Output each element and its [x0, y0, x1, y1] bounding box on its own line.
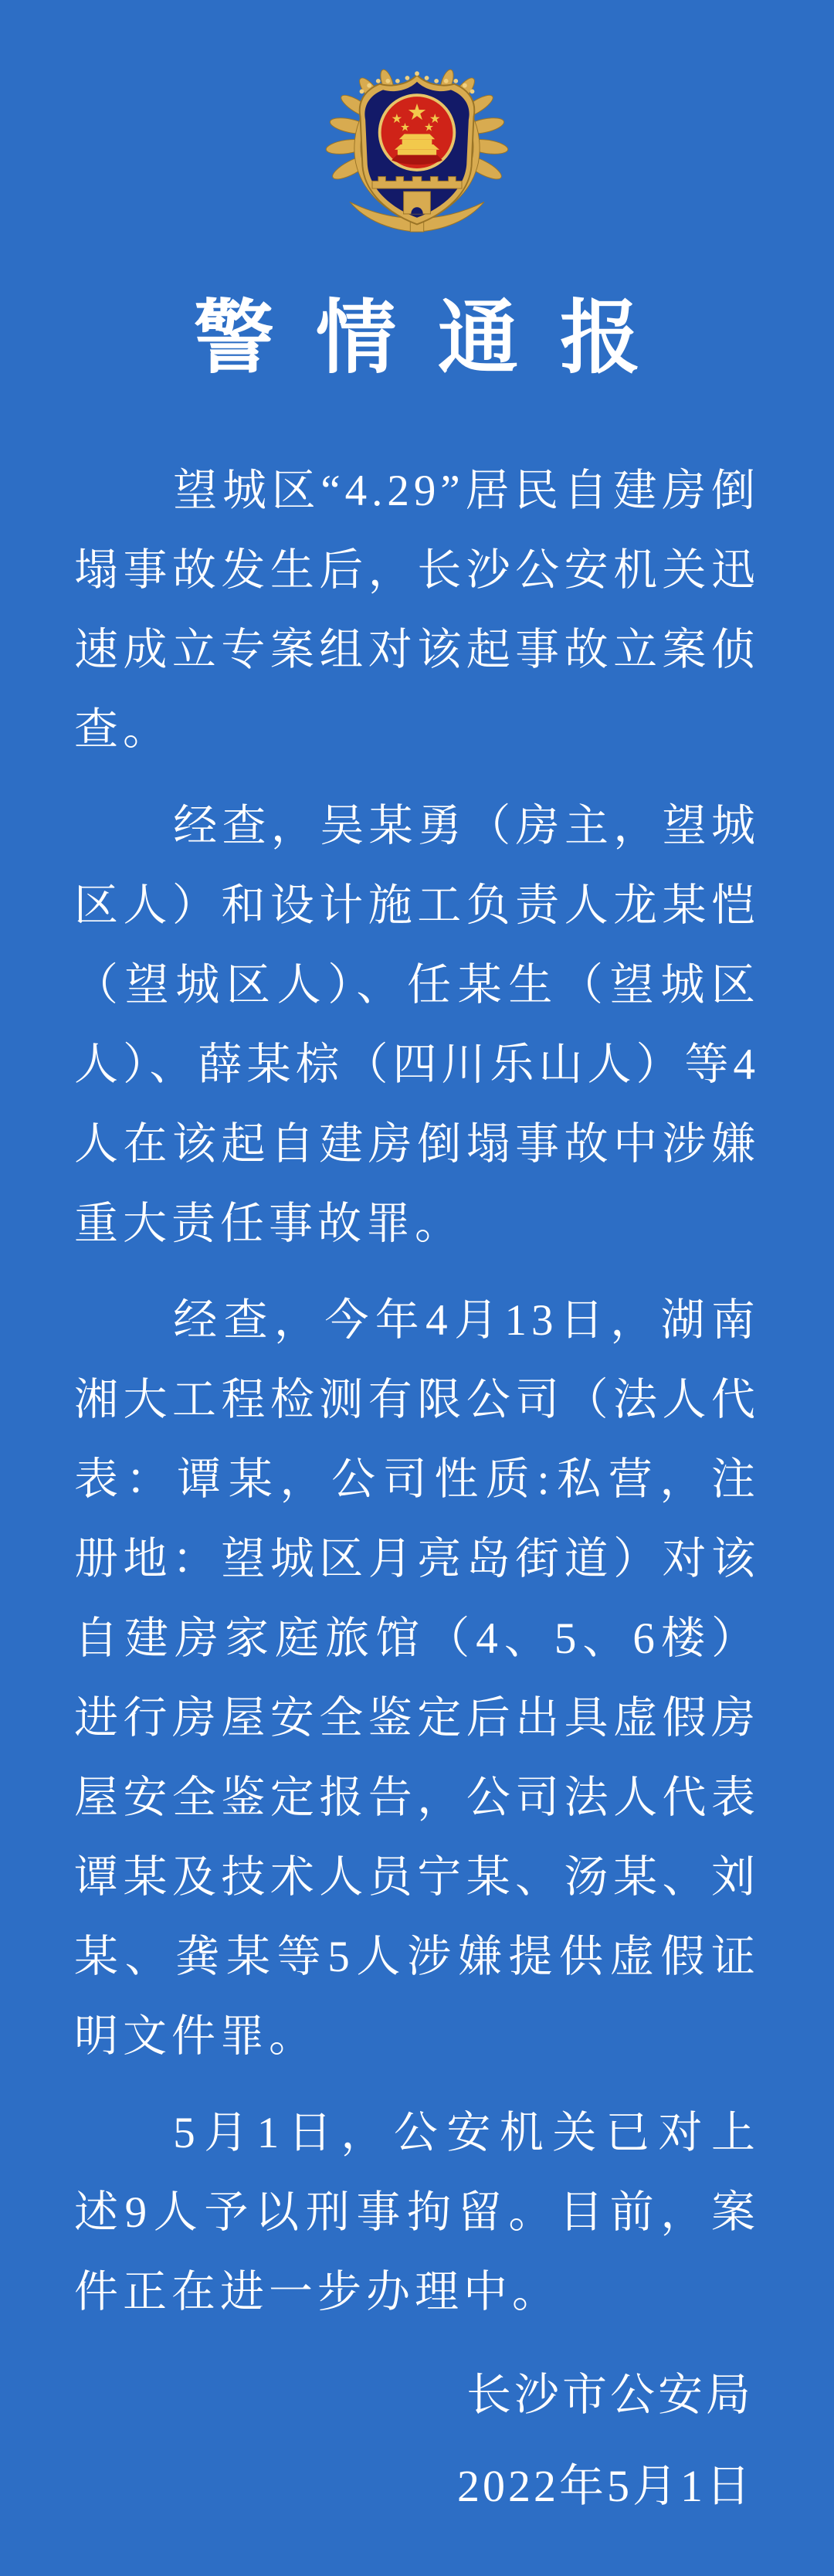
paragraph-1: 望城区“4.29”居民自建房倒塌事故发生后，长沙公安机关迅速成立专案组对该起事故…: [74, 451, 760, 769]
paragraph-4: 5月1日，公安机关已对上述9人予以刑事拘留。目前，案件正在进一步办理中。: [74, 2093, 760, 2332]
signature-issuer: 长沙市公安局: [0, 2355, 754, 2435]
paragraph-2: 经查，吴某勇（房主，望城区人）和设计施工负责人龙某恺（望城区人）、任某生（望城区…: [74, 786, 760, 1264]
badge-tiananmen: [395, 134, 439, 156]
signature-date: 2022年5月1日: [0, 2446, 754, 2526]
police-notice-page: ★ ★ ★ ★ ★ 警情通: [0, 0, 834, 2576]
badge-national-emblem: ★ ★ ★ ★ ★: [380, 95, 455, 170]
signature-block: 长沙市公安局 2022年5月1日: [0, 2355, 754, 2526]
svg-text:★: ★: [424, 122, 434, 134]
police-badge-svg: ★ ★ ★ ★ ★: [320, 56, 514, 235]
notice-title: 警情通报: [0, 295, 834, 383]
paragraph-3: 经查，今年4月13日，湖南湘大工程检测有限公司（法人代表：谭某，公司性质:私营，…: [74, 1281, 760, 2076]
notice-body: 望城区“4.29”居民自建房倒塌事故发生后，长沙公安机关迅速成立专案组对该起事故…: [74, 451, 760, 2332]
svg-text:★: ★: [400, 122, 410, 134]
police-badge-icon: ★ ★ ★ ★ ★: [0, 0, 834, 235]
